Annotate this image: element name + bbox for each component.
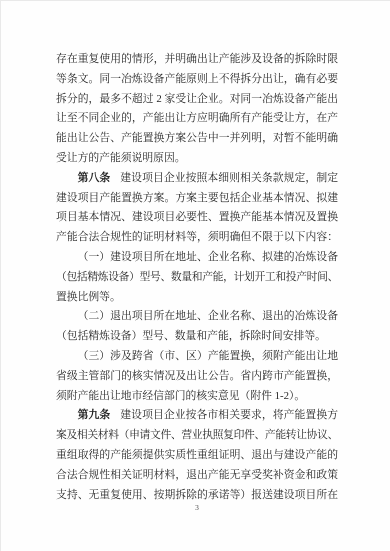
article-8-text: 建设项目企业按照本细则相关条款规定，制定 [120,172,338,184]
document-page: 存在重复使用的情形，并明确出让产能涉及设备的拆除时限 等条文。同一冶炼设备产能原… [0,0,390,551]
text-line: 能出让公告、产能置换方案公告中一并列明，对暂不能明确 [56,129,338,149]
text-line: 置换比例等。 [56,288,338,308]
page-number: 3 [56,502,338,514]
text-column: 存在重复使用的情形，并明确出让产能涉及设备的拆除时限 等条文。同一冶炼设备产能原… [56,50,338,505]
article-8-heading: 第八条 [78,172,111,184]
text-line: 建设项目产能置换方案。方案主要包括企业基本情况、拟建 [56,189,338,209]
text-line: （三）涉及跨省（市、区）产能置换，须附产能出让地 [56,347,338,367]
text-line: 等条文。同一冶炼设备产能原则上不得拆分出让，确有必要 [56,70,338,90]
text-line: 须附产能出让地市经信部门的核实意见（附件 1-2）。 [56,387,338,407]
text-line: 重组取得的产能须提供实质性重组证明、退出与建设产能的 [56,446,338,466]
text-line: 第八条建设项目企业按照本细则相关条款规定，制定 [56,169,338,189]
article-9-heading: 第九条 [78,409,111,421]
text-line: 案及相关材料（申请文件、营业执照复印件、产能转让协议、 [56,426,338,446]
text-line: 让至不同企业的，产能出让方应明确所有产能受让方，在产 [56,109,338,129]
text-line: 产能合法合规性的证明材料等，须明确但不限于以下内容： [56,228,338,248]
text-line: 省级主管部门的核实情况及出让公告。省内跨市产能置换， [56,367,338,387]
text-line: （二）退出项目所在地址、企业名称、退出的冶炼设备 [56,307,338,327]
text-line: （包括精炼设备）型号、数量和产能，计划开工和投产时间、 [56,268,338,288]
text-line: 拆分的，最多不超过 2 家受让企业。对同一冶炼设备产能出 [56,90,338,110]
text-line: 合法合规性相关证明材料，退出产能无享受奖补资金和政策 [56,466,338,486]
text-line: 存在重复使用的情形，并明确出让产能涉及设备的拆除时限 [56,50,338,70]
text-line: （一）建设项目所在地址、企业名称、拟建的冶炼设备 [56,248,338,268]
text-line: （包括精炼设备）型号、数量和产能，拆除时间安排等。 [56,327,338,347]
text-line: 第九条建设项目企业按各市相关要求，将产能置换方 [56,406,338,426]
text-line: 项目基本情况、建设项目必要性、置换产能基本情况及置换 [56,208,338,228]
text-line: 受让方的产能须说明原因。 [56,149,338,169]
article-9-text: 建设项目企业按各市相关要求，将产能置换方 [120,409,338,421]
